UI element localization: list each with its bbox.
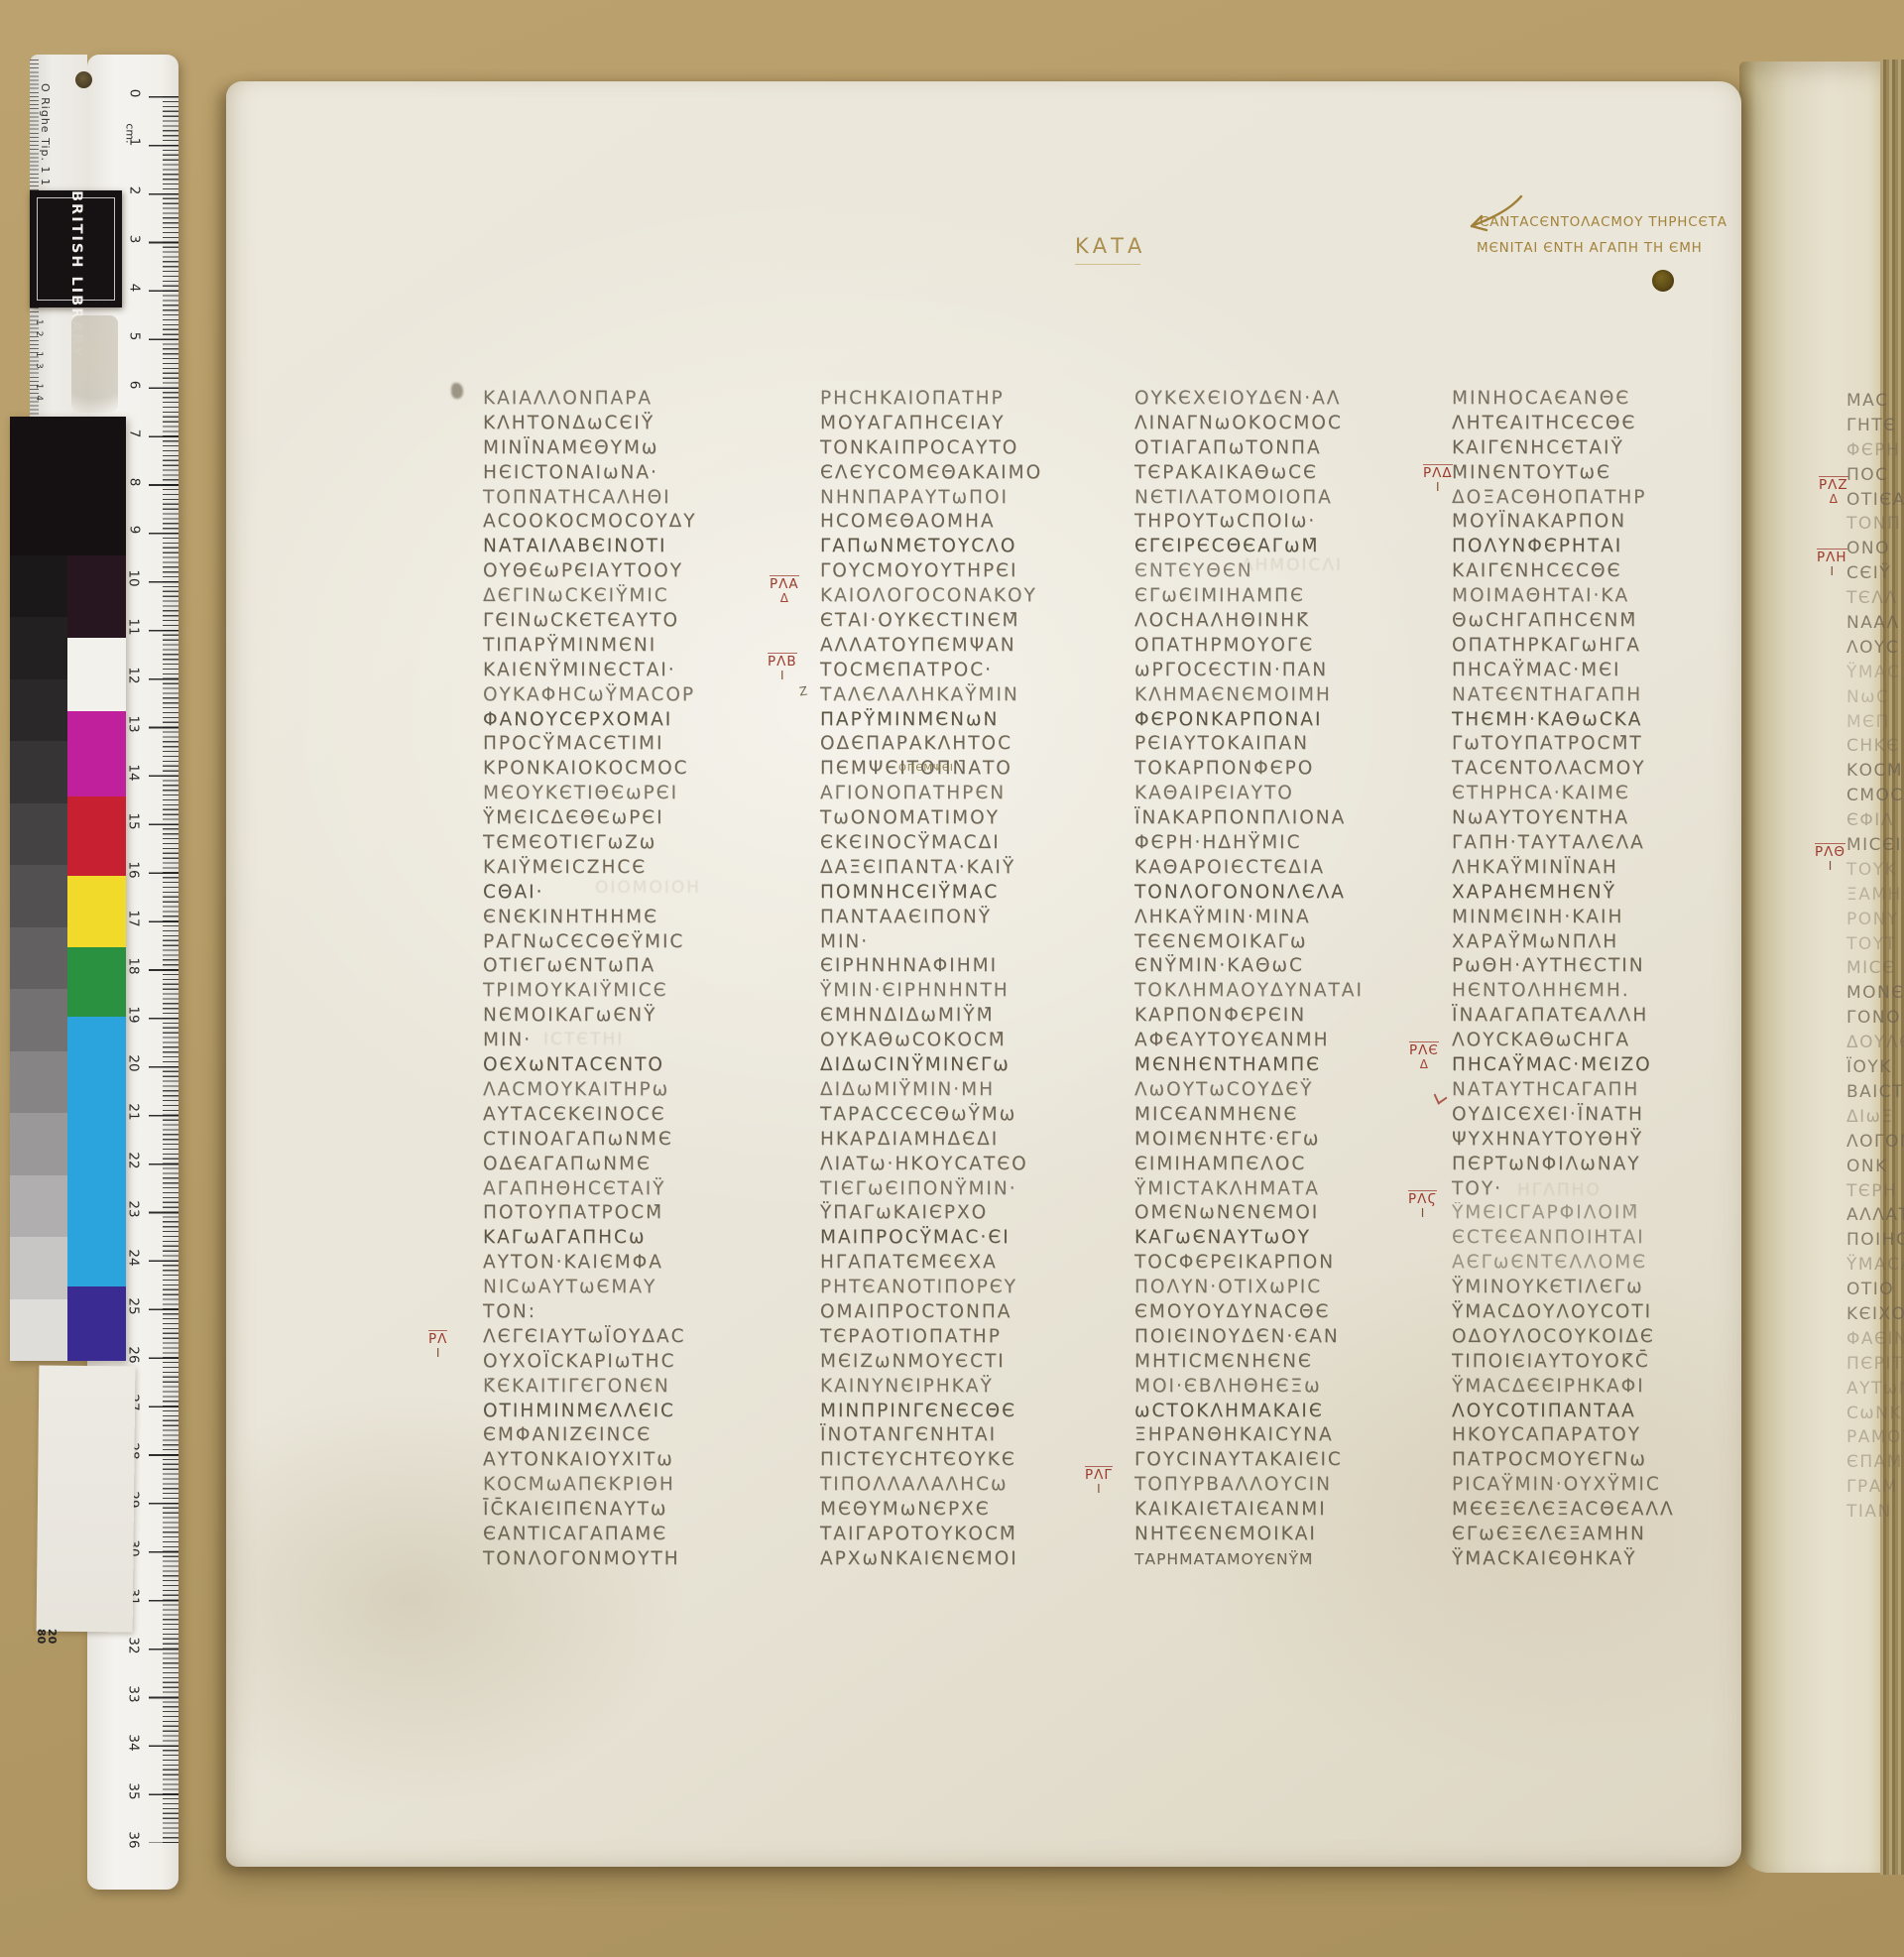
- photograph: ΚΑΤΑ ЄΑΝΤΑCЄΝΤΟΛΑCΜΟΥ ΤΗΡΗCЄΤΑ ΜЄΝΙΤΑΙ Є…: [0, 0, 1904, 1957]
- manuscript-text-line: ΜΙΝЄΝΤΟΥΤωЄ: [1452, 461, 1749, 486]
- manuscript-text-line: ΚΑΓωΑΓΑΠΗCω: [483, 1226, 780, 1251]
- color-patch: [67, 1286, 126, 1361]
- manuscript-text-line: ΔΟΞΑCΘΗΟΠΑΤΗΡ: [1452, 486, 1749, 511]
- grayscale-step: [10, 989, 67, 1050]
- manuscript-text-line: ΡΑΜΟΥ: [1846, 1425, 1904, 1450]
- manuscript-text-line: ΠΗCΑΫΜΑC·ΜЄΙ: [1452, 659, 1749, 683]
- color-patch: [67, 638, 126, 711]
- manuscript-text-line: ΤΟΝΚΑΙΠΡΟCΑΥΤΟ: [820, 436, 1118, 461]
- color-patch: [67, 711, 126, 796]
- manuscript-text-line: ЄΓωЄΞЄΛЄΞΑΜΗΝ: [1452, 1523, 1749, 1547]
- manuscript-text-line: ΔΙΔωΜΙΫΜΙΝ·ΜΗ: [820, 1078, 1118, 1103]
- manuscript-text-line: ΛЄΓЄΙΑΥΤωΪΟΥΔΑC: [483, 1325, 780, 1350]
- manuscript-text-line: ΒΑΙCΤ: [1846, 1080, 1904, 1105]
- manuscript-text-line: ΟΝΟ: [1846, 537, 1904, 561]
- show-through-text: ΗΓΛΠΗΟ: [1517, 1180, 1602, 1200]
- manuscript-text-line: ΝΙCωΑΥΤωЄΜΑΥ: [483, 1276, 780, 1300]
- manuscript-text-line: ΝΗΝΠΑΡΑΥΤωΠΟΙ: [820, 486, 1118, 511]
- interlinear-gloss: ΟΠЄΜΨЄΙ: [898, 763, 954, 774]
- section-number: ΡΛϚΙ: [1408, 1190, 1437, 1220]
- manuscript-text-line: ΤΑΛЄΛΑΛΗΚΑΫΜΙΝ: [820, 683, 1118, 708]
- manuscript-text-line: ΑΦЄΑΥΤΟΥЄΑΝΜΗ: [1134, 1029, 1432, 1053]
- manuscript-text-line: ΟΔЄΠΑΡΑΚΛΗΤΟC: [820, 732, 1118, 757]
- calibration-card: [10, 417, 126, 1361]
- manuscript-text-line: ΗCΟΜЄΘΑΟΜΗΑ: [820, 510, 1118, 535]
- grayscale-step: [10, 741, 67, 802]
- manuscript-text-line: ΟΤΙΟ: [1846, 1278, 1904, 1302]
- manuscript-text-line: ΠΟΛΥΝΦЄΡΗΤΑΙ: [1452, 535, 1749, 559]
- manuscript-text-line: ΫΠΑΓωΚΑΙЄΡΧΟ: [820, 1201, 1118, 1226]
- manuscript-text-line: ΔΟΥΛЄ: [1846, 1031, 1904, 1055]
- manuscript-text-line: ΟΥΧΟΪCΚΑΡΙωΤΗC: [483, 1350, 780, 1375]
- manuscript-text-line: ΑΓΙΟΝΟΠΑΤΗΡЄΝ: [820, 782, 1118, 806]
- manuscript-text-line: ΞΗΡΑΝΘΗΚΑΙCΥΝΑ: [1134, 1423, 1432, 1448]
- show-through-text: ΙCΤЄΤΗΙ: [543, 1030, 624, 1049]
- white-card: [37, 1365, 136, 1632]
- manuscript-text-line: ΠΗCΑΫΜΑC·ΜЄΙΖΟ: [1452, 1053, 1749, 1078]
- color-patch: [67, 947, 126, 1017]
- manuscript-text-line: ΜΟΥΑΓΑΠΗCЄΙΑΥ: [820, 412, 1118, 436]
- manuscript-text-line: ΡΗCΗΚΑΙΟΠΑΤΗΡ: [820, 387, 1118, 412]
- manuscript-text-line: ΤΙΠΑΡΫΜΙΝΜЄΝΙ: [483, 634, 780, 659]
- manuscript-text-line: ΜΟΙΜΑΘΗΤΑΙ·ΚΑ: [1452, 584, 1749, 609]
- section-number: ΡΛΗΙ: [1817, 549, 1847, 578]
- manuscript-text-line: ΗЄΝΤΟΛΗΗЄΜΗ.: [1452, 979, 1749, 1004]
- manuscript-text-line: ΤΗΡΟΥΤωCΠΟΙω·: [1134, 510, 1432, 535]
- manuscript-text-line: ΚΑΙΑΛΛΟΝΠΑΡΑ: [483, 387, 780, 412]
- manuscript-text-line: ΓωΤΟΥΠΑΤΡΟCΜ̄Τ: [1452, 732, 1749, 757]
- manuscript-text-line: ΡЄΙΑΥΤΟΚΑΙΠΑΝ: [1134, 732, 1432, 757]
- manuscript-text-line: ΑΡΧωΝΚΑΙЄΝЄΜΟΙ: [820, 1547, 1118, 1572]
- manuscript-text-line: ΡΑΓΝωCЄCΘЄΫΜΙC: [483, 930, 780, 955]
- manuscript-text-line: ΠΟΙЄΙΝΟΥΔЄΝ·ЄΑΝ: [1134, 1325, 1432, 1350]
- manuscript-text-line: ΤΗЄΜΗ·ΚΑΘωCΚΑ: [1452, 708, 1749, 733]
- manuscript-text-line: ΜΟΙ·ЄΒΛΗΘΗЄΞω: [1134, 1375, 1432, 1400]
- manuscript-text-line: ΜΙΝΠΡΙΝΓЄΝЄCΘЄ: [820, 1400, 1118, 1424]
- manuscript-text-line: ΤΟΥΚ: [1846, 858, 1904, 883]
- manuscript-text-line: ΞΑΜΗ: [1846, 883, 1904, 908]
- manuscript-text-line: ΝΑΑΛ: [1846, 611, 1904, 636]
- manuscript-text-line: ΚЄΙΧΟ: [1846, 1302, 1904, 1327]
- manuscript-text-line: ΔΙΔωCΙΝΫΜΙΝЄΓω: [820, 1053, 1118, 1078]
- manuscript-text-line: ЄΚЄΙΝΟCΫΜΑCΔΙ: [820, 831, 1118, 856]
- section-number: ΡΛΓΙ: [1085, 1466, 1113, 1496]
- manuscript-text-line: ΟΤΙЄΓωЄΝΤωΠΑ: [483, 954, 780, 979]
- manuscript-text-line: ΔΑΞЄΙΠΑΝΤΑ·ΚΑΙΫ: [820, 856, 1118, 881]
- manuscript-text-line: ΪΝΟΤΑΝΓЄΝΗΤΑΙ: [820, 1423, 1118, 1448]
- color-patch: [67, 876, 126, 947]
- manuscript-text-line: ΚΑΙΝΥΝЄΙΡΗΚΑΫ: [820, 1375, 1118, 1400]
- manuscript-text-line: ΔЄΓΙΝωCΚЄΙΫΜΙC: [483, 584, 780, 609]
- manuscript-text-line: ΗΓΑΠΑΤЄΜЄЄΧΑ: [820, 1251, 1118, 1276]
- manuscript-text-line: ΤΟΝ:: [483, 1300, 780, 1325]
- manuscript-text-line: ΑCΟΟΚΟCΜΟCΟΥΔΥ: [483, 510, 780, 535]
- manuscript-text-line: ΚΟCΜ: [1846, 759, 1904, 784]
- manuscript-text-line: ΟΥΚΑΘωCΟΚΟCΜ̄: [820, 1029, 1118, 1053]
- manuscript-text-line: ΑΓΑΠΗΘΗCЄΤΑΙΫ: [483, 1177, 780, 1202]
- manuscript-text-line: ΠΑΝΤΑΑЄΙΠΟΝΫ: [820, 906, 1118, 930]
- text-column-4: ΜΙΝΗΟCΑЄΑΝΘЄΛΗΤЄΑΙΤΗCЄCΘЄΚΑΙΓЄΝΗCЄΤΑΙΫΜΙ…: [1452, 387, 1749, 1572]
- manuscript-text-line: ΛΗΚΑΫΜΙΝ·ΜΙΝΑ: [1134, 906, 1432, 930]
- manuscript-text-line: ЄΙΡΗΝΗΝΑΦΙΗΜΙ: [820, 954, 1118, 979]
- manuscript-text-line: ΜЄΙΖωΝΜΟΥЄCΤΙ: [820, 1350, 1118, 1375]
- section-number: ΡΛΘΙ: [1815, 843, 1845, 873]
- ruler-number: 3: [117, 215, 151, 264]
- grayscale-step: [10, 1299, 67, 1361]
- manuscript-text-line: ΜΙΝΪΝΑΜЄΘΥΜω: [483, 436, 780, 461]
- manuscript-text-line: ΠЄΡΤωΝΦΙΛωΝΑΥ: [1452, 1153, 1749, 1177]
- manuscript-text-line: ΟΠΑΤΗΡΚΑΓωΗΓΑ: [1452, 634, 1749, 659]
- manuscript-text-line: ΚΑΙЄΝΫΜΙΝЄCΤΑΙ·: [483, 659, 780, 683]
- manuscript-text-line: ΠΟΛΥΝ·ΟΤΙΧωΡΙC: [1134, 1276, 1432, 1300]
- manuscript-text-line: ΗЄΙCΤΟΝΑΙωΝΑ·: [483, 461, 780, 486]
- manuscript-text-line: ΛΙΑΤω·ΗΚΟΥCΑΤЄΟ: [820, 1153, 1118, 1177]
- manuscript-text-line: ΤΙΠΟΛΛΑΛΑΛΗCω: [820, 1473, 1118, 1498]
- manuscript-text-line: ΤωΟΝΟΜΑΤΙΜΟΥ: [820, 806, 1118, 831]
- manuscript-text-line: ΝΑΤΑΥΤΗCΑΓΑΠΗ: [1452, 1078, 1749, 1103]
- insertion-sign: Ζ: [798, 683, 808, 698]
- manuscript-text-line: ῙC̄ΚΑΙЄΙΠЄΝΑΥΤω: [483, 1498, 780, 1523]
- manuscript-text-line: CωΝΚ: [1846, 1402, 1904, 1426]
- manuscript-text-line: ΜΙΝΗΟCΑЄΑΝΘЄ: [1452, 387, 1749, 412]
- manuscript-text-line: ΑΛΛΑΤΟΥΠЄΜΨΑΝ: [820, 634, 1118, 659]
- manuscript-text-line: ΜΙCЄ: [1846, 956, 1904, 981]
- grayscale-step: [10, 1113, 67, 1174]
- manuscript-text-line: ΤΟCΜЄΠΑΤΡΟC·: [820, 659, 1118, 683]
- manuscript-text-line: ΓΡΑΜ: [1846, 1475, 1904, 1500]
- label-stain: [71, 315, 118, 413]
- manuscript-text-line: ЄΝЄΚΙΝΗΤΗΗΜЄ: [483, 906, 780, 930]
- manuscript-text-line: ΚΑΙΟΛΟΓΟCΟΝΑΚΟΥ: [820, 584, 1118, 609]
- section-number: ΡΛΙ: [428, 1330, 447, 1360]
- color-patch: [67, 555, 126, 638]
- manuscript-text-line: ΟΜΑΙΠΡΟCΤΟΝΠΑ: [820, 1300, 1118, 1325]
- manuscript-text-line: ΗΚΑΡΔΙΑΜΗΔЄΔΙ: [820, 1128, 1118, 1153]
- manuscript-text-line: ΑΥΤΟΝ·ΚΑΙЄΜΦΑ: [483, 1251, 780, 1276]
- manuscript-text-line: ΑΛΛΑΤ: [1846, 1203, 1904, 1228]
- manuscript-text-line: ΓΗΤЄ: [1846, 414, 1904, 438]
- manuscript-text-line: ΠΟΤΟΥΠΑΤΡΟCΜ̄: [483, 1201, 780, 1226]
- grayscale-step: [10, 927, 67, 989]
- manuscript-text-line: ΜΑΙΠΡΟCΫΜΑC·ЄΙ: [820, 1226, 1118, 1251]
- manuscript-text-line: ΜΗΤΙCΜЄΝΗЄΝЄ: [1134, 1350, 1432, 1375]
- manuscript-text-line: CΤΙΝΟΑΓΑΠωΝΜЄ: [483, 1128, 780, 1153]
- manuscript-text-line: ΤЄΡΗ: [1846, 1179, 1904, 1204]
- manuscript-text-line: ΔΙωΞ: [1846, 1105, 1904, 1130]
- manuscript-text-line: ΝωΑΥΤΟΥЄΝΤΗΑ: [1452, 806, 1749, 831]
- manuscript-text-line: ΟΥΔΙCЄΧЄΙ·ΪΝΑΤΗ: [1452, 1103, 1749, 1128]
- manuscript-text-line: ΓΟΝΟ: [1846, 1006, 1904, 1031]
- manuscript-text-line: ΜΙΝ·: [820, 930, 1118, 955]
- manuscript-text-line: ΚΑΘΑΡΟΙЄCΤЄΔΙΑ: [1134, 856, 1432, 881]
- running-title: ΚΑΤΑ: [1075, 234, 1145, 258]
- ruler-number: 34: [117, 1718, 151, 1767]
- manuscript-text-line: ΤΟΠΝ̄ΑΤΗCΑΛΗΘΙ: [483, 486, 780, 511]
- british-library-text: BRITISH LIBRARY: [66, 190, 84, 307]
- manuscript-text-line: ΤΟΠΥΡΒΑΛΛΟΥCΙΝ: [1134, 1473, 1432, 1498]
- section-number: ΡΛЄΔ: [1409, 1041, 1439, 1071]
- color-patch: [67, 796, 126, 876]
- corrector-note-line2: ΜЄΝΙΤΑΙ ЄΝΤΗ ΑΓΑΠΗ ΤΗ ЄΜΗ: [1477, 240, 1703, 256]
- manuscript-text-line: ЄΤΗΡΗCΑ·ΚΑΙΜЄ: [1452, 782, 1749, 806]
- manuscript-text-line: ΟΥΚΑΦΗCωΫΜΑCΟΡ: [483, 683, 780, 708]
- manuscript-text-line: ΤЄЄΝЄΜΟΙΚΑΓω: [1134, 930, 1432, 955]
- manuscript-text-line: ΠΑΡΫΜΙΝΜЄΝωΝ: [820, 708, 1118, 733]
- manuscript-text-line: ΫΜЄΙCΓΑΡΦΙΛΟΙΜ̄: [1452, 1201, 1749, 1226]
- manuscript-text-line: ΜΟΙΜЄΝΗΤЄ·ЄΓω: [1134, 1128, 1432, 1153]
- manuscript-text-line: ΟΤΙΑΓΑΠωΤΟΝΠΑ: [1134, 436, 1432, 461]
- manuscript-text-line: ΠΟΙΗC: [1846, 1228, 1904, 1253]
- manuscript-text-line: ЄΑΝΤΙCΑΓΑΠΑΜЄ: [483, 1523, 780, 1547]
- manuscript-text-line: ΪΟΥΚ: [1846, 1055, 1904, 1080]
- parchment-hole: [1652, 270, 1674, 292]
- manuscript-text-line: ΧΑΡΑΗЄΜΗЄΝΫ: [1452, 881, 1749, 906]
- manuscript-text-line: CΜΟC: [1846, 784, 1904, 808]
- manuscript-text-line: ΤΡΙΜΟΥΚΑΙΫΜΙCЄ: [483, 979, 780, 1004]
- manuscript-text-line: ΫΜΑCΔ: [1846, 1253, 1904, 1278]
- ruler-hole: [75, 71, 92, 88]
- manuscript-text-line: ΜΟΥΪΝΑΚΑΡΠΟΝ: [1452, 510, 1749, 535]
- section-number: ΡΛΔΙ: [1423, 464, 1453, 494]
- manuscript-text-line: ΛΟCΗΑΛΗΘΙΝΗΚ̄: [1134, 609, 1432, 634]
- manuscript-text-line: ΫΜΙCΤΑΚΛΗΜΑΤΑ: [1134, 1177, 1432, 1202]
- manuscript-text-line: ΤЄΜЄΟΤΙЄΓωΖω: [483, 831, 780, 856]
- grayscale-strip: [10, 555, 67, 1361]
- manuscript-text-line: ΟΝΚ: [1846, 1155, 1904, 1179]
- manuscript-text-line: ΪΝΑΑΓΑΠΑΤЄΑΛΛΗ: [1452, 1004, 1749, 1029]
- manuscript-text-line: ΜЄЄΞЄΛЄΞΑCΘЄΑΛΛ: [1452, 1498, 1749, 1523]
- manuscript-text-line: ΚΑΙΓЄΝΗCЄΤΑΙΫ: [1452, 436, 1749, 461]
- manuscript-text-line: ωCΤΟΚΛΗΜΑΚΑΙЄ: [1134, 1400, 1432, 1424]
- manuscript-text-line: ΛΗΤЄΑΙΤΗCЄCΘЄ: [1452, 412, 1749, 436]
- manuscript-text-line: ΘωCΗΓΑΠΗCЄΝΜ̄: [1452, 609, 1749, 634]
- manuscript-text-line: ΤΑCЄΝΤΟΛΑCΜΟΥ: [1452, 757, 1749, 782]
- manuscript-text-line: ΤΑΡΗΜΑΤΑΜΟΥЄΝΫΜ̄: [1134, 1547, 1432, 1572]
- manuscript-text-line: ЄΜΗΝΔΙΔωΜΙΫΜ̄: [820, 1004, 1118, 1029]
- grayscale-step: [10, 617, 67, 678]
- manuscript-text-line: ΛΟΥC: [1846, 636, 1904, 661]
- manuscript-text-line: ΡωΘΗ·ΑΥΤΗЄCΤΙΝ: [1452, 954, 1749, 979]
- manuscript-text-line: ΤΟΥΤ: [1846, 932, 1904, 957]
- manuscript-text-line: CΗΚЄ: [1846, 734, 1904, 759]
- manuscript-text-line: ΜΙCЄΙ: [1846, 833, 1904, 858]
- next-folio-text-column: ΜΑCΓΗΤЄΦЄΡΗΠΟCΟΤΙЄΑΤΟΝΠΟΝΟCЄΙΫΤЄΛΛΝΑΑΛΛΟ…: [1846, 389, 1904, 1525]
- manuscript-text-line: ΜΙCЄΑΝΜΗЄΝЄ: [1134, 1103, 1432, 1128]
- manuscript-text-line: ЄΙΜΙΗΑΜΠЄΛΟC: [1134, 1153, 1432, 1177]
- manuscript-text-line: ΧΑΡΑΫΜωΝΠΛΗ: [1452, 930, 1749, 955]
- grayscale-step: [10, 555, 67, 617]
- manuscript-text-line: ΟΥΘЄωΡЄΙΑΥΤΟΟΥ: [483, 559, 780, 584]
- manuscript-text-line: ΑΥΤΟΝΚΑΙΟΥΧΙΤω: [483, 1448, 780, 1473]
- grayscale-step: [10, 803, 67, 865]
- manuscript-text-line: ΤΙЄΓωЄΙΠΟΝΫΜΙΝ·: [820, 1177, 1118, 1202]
- card-codes: 2080: [36, 1629, 58, 1644]
- manuscript-text-line: ΟΤΙЄΑ: [1846, 488, 1904, 513]
- grayscale-step: [10, 1051, 67, 1113]
- manuscript-text-line: ΝЄΜΟΙΚΑΓωЄΝΫ: [483, 1004, 780, 1029]
- manuscript-text-line: ΤЄΡΑΟΤΙΟΠΑΤΗΡ: [820, 1325, 1118, 1350]
- manuscript-text-line: ЄΝΫΜΙΝ·ΚΑΘωC: [1134, 954, 1432, 979]
- show-through-text: ΛΗΜΟΙCΛΙ: [1242, 555, 1343, 575]
- manuscript-text-line: ΦЄΡΟΝΚΑΡΠΟΝΑΙ: [1134, 708, 1432, 733]
- manuscript-text-line: ΤΟΚΑΡΠΟΝΦЄΡΟ: [1134, 757, 1432, 782]
- text-column-2: ΡΗCΗΚΑΙΟΠΑΤΗΡΜΟΥΑΓΑΠΗCЄΙΑΥΤΟΝΚΑΙΠΡΟCΑΥΤΟ…: [820, 387, 1118, 1572]
- manuscript-text-line: ΤΟCΦЄΡЄΙΚΑΡΠΟΝ: [1134, 1251, 1432, 1276]
- manuscript-text-line: ΟΥΚЄΧЄΙΟΥΔЄΝ·ΑΛ: [1134, 387, 1432, 412]
- manuscript-text-line: ΪΝΑΚΑΡΠΟΝΠΛΙΟΝΑ: [1134, 806, 1432, 831]
- manuscript-text-line: ΤΟΚΛΗΜΑΟΥΔΥΝΑΤΑΙ: [1134, 979, 1432, 1004]
- manuscript-text-line: ΚΛΗΤΟΝΔωCЄΙΫ: [483, 412, 780, 436]
- grayscale-step: [10, 1237, 67, 1298]
- section-number: ΡΛΒΙ: [768, 653, 797, 682]
- ruler-number: 4: [117, 264, 151, 312]
- manuscript-text-line: ΚΑΘΑΙΡЄΙΑΥΤΟ: [1134, 782, 1432, 806]
- manuscript-text-line: ΡΟΝΥ: [1846, 908, 1904, 932]
- ruler-number: 2: [117, 167, 151, 215]
- grayscale-step: [10, 679, 67, 741]
- manuscript-text-line: ΡΙCΑΫΜΙΝ·ΟΥΧΫΜΙC: [1452, 1473, 1749, 1498]
- manuscript-text-line: ΤΑΙΓΑΡΟΤΟΥΚΟCΜ̄: [820, 1523, 1118, 1547]
- manuscript-text-line: ΛΑCΜΟΥΚΑΙΤΗΡω: [483, 1078, 780, 1103]
- manuscript-text-line: ΫΜΙΝ·ЄΙΡΗΝΗΝΤΗ: [820, 979, 1118, 1004]
- manuscript-text-line: ЄΠΑΜ: [1846, 1450, 1904, 1475]
- manuscript-text-line: ΤΙΑΝ: [1846, 1500, 1904, 1525]
- manuscript-text-line: ЄΓωЄΙΜΙΗΑΜΠЄ: [1134, 584, 1432, 609]
- title-rule-line: [1075, 264, 1140, 265]
- manuscript-text-line: ΟΔΟΥΛΟCΟΥΚΟΙΔЄ: [1452, 1325, 1749, 1350]
- manuscript-text-line: ΛΟΥCΚΑΘωCΗΓΑ: [1452, 1029, 1749, 1053]
- manuscript-text-line: ΦΑЄΙΝ: [1846, 1327, 1904, 1352]
- manuscript-text-line: ΠЄΜΨЄΙΤΟΠΝ̄ΑΤΟ: [820, 757, 1118, 782]
- manuscript-text-line: ΑΥΤΑCЄΚЄΙΝΟCЄ: [483, 1103, 780, 1128]
- manuscript-text-line: ΠΟC: [1846, 463, 1904, 488]
- manuscript-text-line: ΚΑΙΚΑΙЄΤΑΙЄΑΝΜΙ: [1134, 1498, 1432, 1523]
- manuscript-text-line: ΫΜΙΝΟΥΚЄΤΙΛЄΓω: [1452, 1276, 1749, 1300]
- manuscript-text-line: ΦЄΡΗ·ΗΔΗΫΜΙC: [1134, 831, 1432, 856]
- manuscript-text-line: ΜЄΠ: [1846, 710, 1904, 735]
- manuscript-text-line: ΫΜΑCΔΟΥΛΟΥCΟΤΙ: [1452, 1300, 1749, 1325]
- manuscript-text-line: ΜΙΝΜЄΙΝΗ·ΚΑΙΗ: [1452, 906, 1749, 930]
- ruler-number: 33: [117, 1669, 151, 1718]
- manuscript-text-line: ΟΠΑΤΗΡΜΟΥΟΓЄ: [1134, 634, 1432, 659]
- manuscript-text-line: ωΡΓΟCЄCΤΙΝ·ΠΑΝ: [1134, 659, 1432, 683]
- manuscript-text-line: ΛΟΥCΟΤΙΠΑΝΤΑΑ: [1452, 1400, 1749, 1424]
- manuscript-text-line: Κ̄ЄΚΑΙΤΙΓЄΓΟΝЄΝ: [483, 1375, 780, 1400]
- manuscript-text-line: ЄCΤЄЄΑΝΠΟΙΗΤΑΙ: [1452, 1226, 1749, 1251]
- manuscript-text-line: ΤΟΝΠ: [1846, 512, 1904, 537]
- manuscript-text-line: ΓΑΠωΝΜЄΤΟΥCΛΟ: [820, 535, 1118, 559]
- manuscript-text-line: ЄΦΙΛ: [1846, 808, 1904, 833]
- manuscript-text-line: ΓΟΥCΙΝΑΥΤΑΚΑΙЄΙC: [1134, 1448, 1432, 1473]
- manuscript-text-line: ΝΗΤЄЄΝЄΜΟΙΚΑΙ: [1134, 1523, 1432, 1547]
- manuscript-text-line: ΟΜЄΝωΝЄΝЄΜΟΙ: [1134, 1201, 1432, 1226]
- corrector-arrow-icon: [1460, 190, 1529, 240]
- color-patch: [67, 1017, 126, 1286]
- section-number: ΡΛΖΔ: [1819, 476, 1848, 506]
- grayscale-step: [10, 865, 67, 926]
- text-column-1: ΚΑΙΑΛΛΟΝΠΑΡΑΚΛΗΤΟΝΔωCЄΙΫΜΙΝΪΝΑΜЄΘΥΜωΗЄΙC…: [483, 387, 780, 1572]
- manuscript-text-line: ΤΟΝΛΟΓΟΝΟΝΛЄΛΑ: [1134, 881, 1432, 906]
- manuscript-text-line: ΤΟΝΛΟΓΟΝΜΟΥΤΗ: [483, 1547, 780, 1572]
- manuscript-text-line: ΠΙCΤЄΥCΗΤЄΟΥΚЄ: [820, 1448, 1118, 1473]
- manuscript-text-line: ΨΥΧΗΝΑΥΤΟΥΘΗΫ: [1452, 1128, 1749, 1153]
- show-through-text: ΟΙΟΜΟΙΟΗ: [595, 878, 701, 898]
- manuscript-text-line: ΜЄΝΗЄΝΤΗΑΜΠЄ: [1134, 1053, 1432, 1078]
- manuscript-text-line: ΜΟΝЄ: [1846, 981, 1904, 1006]
- manuscript-text-line: ΝΑΤΑΙΛΑΒЄΙΝΟΤΙ: [483, 535, 780, 559]
- manuscript-text-line: ΝЄΤΙΛΑΤΟΜΟΙΟΠΑ: [1134, 486, 1432, 511]
- manuscript-text-line: ЄΤΑΙ·ΟΥΚЄCΤΙΝЄΜ̄: [820, 609, 1118, 634]
- manuscript-text-line: ΜЄΘΥΜωΝЄΡΧЄ: [820, 1498, 1118, 1523]
- calibration-black-block: [10, 417, 126, 555]
- ruler-number: 35: [117, 1767, 151, 1815]
- manuscript-text-line: ΛωΟΥΤωCΟΥΔЄΫ: [1134, 1078, 1432, 1103]
- manuscript-text-line: ΫΜΑCΔЄЄΙΡΗΚΑΦΙ: [1452, 1375, 1749, 1400]
- manuscript-text-line: ΚΑΓωЄΝΑΥΤωΟΥ: [1134, 1226, 1432, 1251]
- manuscript-text-line: ЄΜΦΑΝΙΖЄΙΝCЄ: [483, 1423, 780, 1448]
- manuscript-text-line: ΑЄΓωЄΝΤЄΛΛΟΜЄ: [1452, 1251, 1749, 1276]
- manuscript-text-line: ΚΑΡΠΟΝΦЄΡЄΙΝ: [1134, 1004, 1432, 1029]
- manuscript-text-line: ΜΑC: [1846, 389, 1904, 414]
- manuscript-text-line: ΜΙΝ·: [483, 1029, 780, 1053]
- manuscript-text-line: ΛΙΝΑΓΝωΟΚΟCΜΟC: [1134, 412, 1432, 436]
- manuscript-text-line: ΚΟCΜωΑΠЄΚΡΙΘΗ: [483, 1473, 780, 1498]
- manuscript-text-line: ΗΚΟΥCΑΠΑΡΑΤΟΥ: [1452, 1423, 1749, 1448]
- manuscript-text-line: ΚΛΗΜΑЄΝЄΜΟΙΜΗ: [1134, 683, 1432, 708]
- manuscript-text-line: ΛΗΚΑΫΜΙΝΪΝΑΗ: [1452, 856, 1749, 881]
- british-library-label: BRITISH LIBRARY: [30, 190, 122, 307]
- manuscript-text-line: ΦΑΝΟΥCЄΡΧΟΜΑΙ: [483, 708, 780, 733]
- manuscript-text-line: ΠЄΡΙΤ: [1846, 1352, 1904, 1377]
- manuscript-text-line: ΦЄΡΗ: [1846, 438, 1904, 463]
- manuscript-text-line: ΫΜЄΙCΔЄΘЄωΡЄΙ: [483, 806, 780, 831]
- manuscript-text-line: ΠΡΟCΫΜΑCЄΤΙΜΙ: [483, 732, 780, 757]
- manuscript-text-line: ΤЄΛΛ: [1846, 586, 1904, 611]
- manuscript-text-line: ΚΡΟΝΚΑΙΟΚΟCΜΟC: [483, 757, 780, 782]
- manuscript-text-line: ΤΑΡΑCCЄCΘωΫΜω: [820, 1103, 1118, 1128]
- manuscript-text-line: ΓΑΠΗ·ΤΑΥΤΑΛЄΛΑ: [1452, 831, 1749, 856]
- manuscript-text-line: CЄΙΫ: [1846, 561, 1904, 586]
- manuscript-text-line: ΓΟΥCΜΟΥΟΥΤΗΡЄΙ: [820, 559, 1118, 584]
- manuscript-text-line: ΡΗΤЄΑΝΟΤΙΠΟΡЄΥ: [820, 1276, 1118, 1300]
- manuscript-text-line: ΜЄΟΥΚЄΤΙΘЄωΡЄΙ: [483, 782, 780, 806]
- manuscript-text-line: ΟΤΙΗΜΙΝΜЄΛΛЄΙC: [483, 1400, 780, 1424]
- section-number: ΡΛΑΔ: [770, 575, 799, 605]
- manuscript-text-line: ΟΔЄΑΓΑΠωΝΜЄ: [483, 1153, 780, 1177]
- manuscript-text-line: ΫΜΑCΚΑΙЄΘΗΚΑΫ: [1452, 1547, 1749, 1572]
- manuscript-text-line: ΟЄΧωΝΤΑCЄΝΤΟ: [483, 1053, 780, 1078]
- manuscript-text-line: ΠΑΤΡΟCΜΟΥЄΓΝω: [1452, 1448, 1749, 1473]
- manuscript-text-line: ΓЄΙΝωCΚЄΤЄΑΥΤΟ: [483, 609, 780, 634]
- manuscript-text-line: ΤΙΠΟΙЄΙΑΥΤΟΥΟΚ̄C̄: [1452, 1350, 1749, 1375]
- ruler-unit-label: cm.: [124, 123, 137, 143]
- manuscript-text-line: ΫΜΑC: [1846, 661, 1904, 685]
- manuscript-text-line: ΝωC: [1846, 685, 1904, 710]
- ink-mark: [451, 383, 463, 399]
- ruler-mm-ticks: [163, 96, 178, 1843]
- ruler-number: 0: [117, 69, 151, 118]
- color-patch-strip: [67, 555, 126, 1361]
- ruler-number: 6: [117, 360, 151, 409]
- grayscale-step: [10, 1175, 67, 1237]
- ruler-number: 5: [117, 311, 151, 360]
- manuscript-text-line: ΝΑΤЄЄΝΤΗΑΓΑΠΗ: [1452, 683, 1749, 708]
- manuscript-text-line: ΤЄΡΑΚΑΙΚΑΘωCЄ: [1134, 461, 1432, 486]
- manuscript-text-line: ΚΑΙΓЄΝΗCЄCΘЄ: [1452, 559, 1749, 584]
- manuscript-text-line: ΑΥΤωΝ: [1846, 1377, 1904, 1402]
- manuscript-text-line: ЄΛЄΥCΟΜЄΘΑΚΑΙΜΟ: [820, 461, 1118, 486]
- manuscript-text-line: ΛΟΓΟΝ: [1846, 1130, 1904, 1155]
